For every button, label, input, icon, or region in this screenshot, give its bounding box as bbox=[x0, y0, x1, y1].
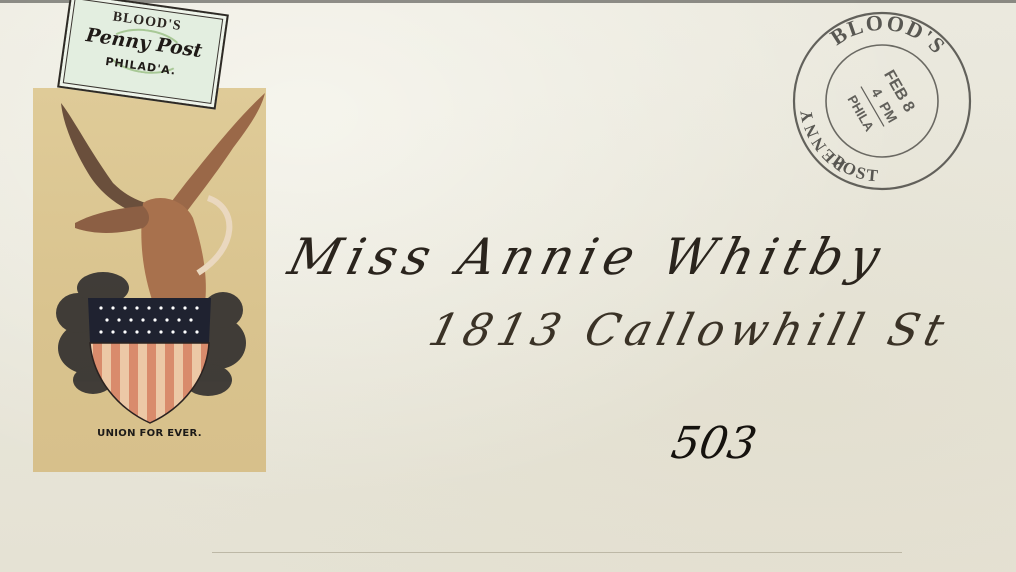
postmark-hour: 4 bbox=[868, 85, 886, 100]
vignette-motto: UNION FOR EVER. bbox=[33, 428, 266, 439]
address-name: Miss Annie Whitby bbox=[283, 228, 893, 286]
address-street: 1813 Callowhill St bbox=[424, 305, 955, 356]
address-number: 503 bbox=[668, 418, 761, 469]
eagle-shield-icon bbox=[33, 88, 266, 472]
patriotic-vignette: UNION FOR EVER. bbox=[33, 88, 266, 472]
envelope: UNION FOR EVER. BLOOD'S Penny Post PHILA… bbox=[0, 0, 1016, 572]
top-edge bbox=[0, 0, 1016, 3]
circular-postmark: BLOOD'S PENNY POST FEB 8 4 PM PHILA bbox=[789, 8, 975, 194]
envelope-flap-line bbox=[212, 552, 902, 553]
